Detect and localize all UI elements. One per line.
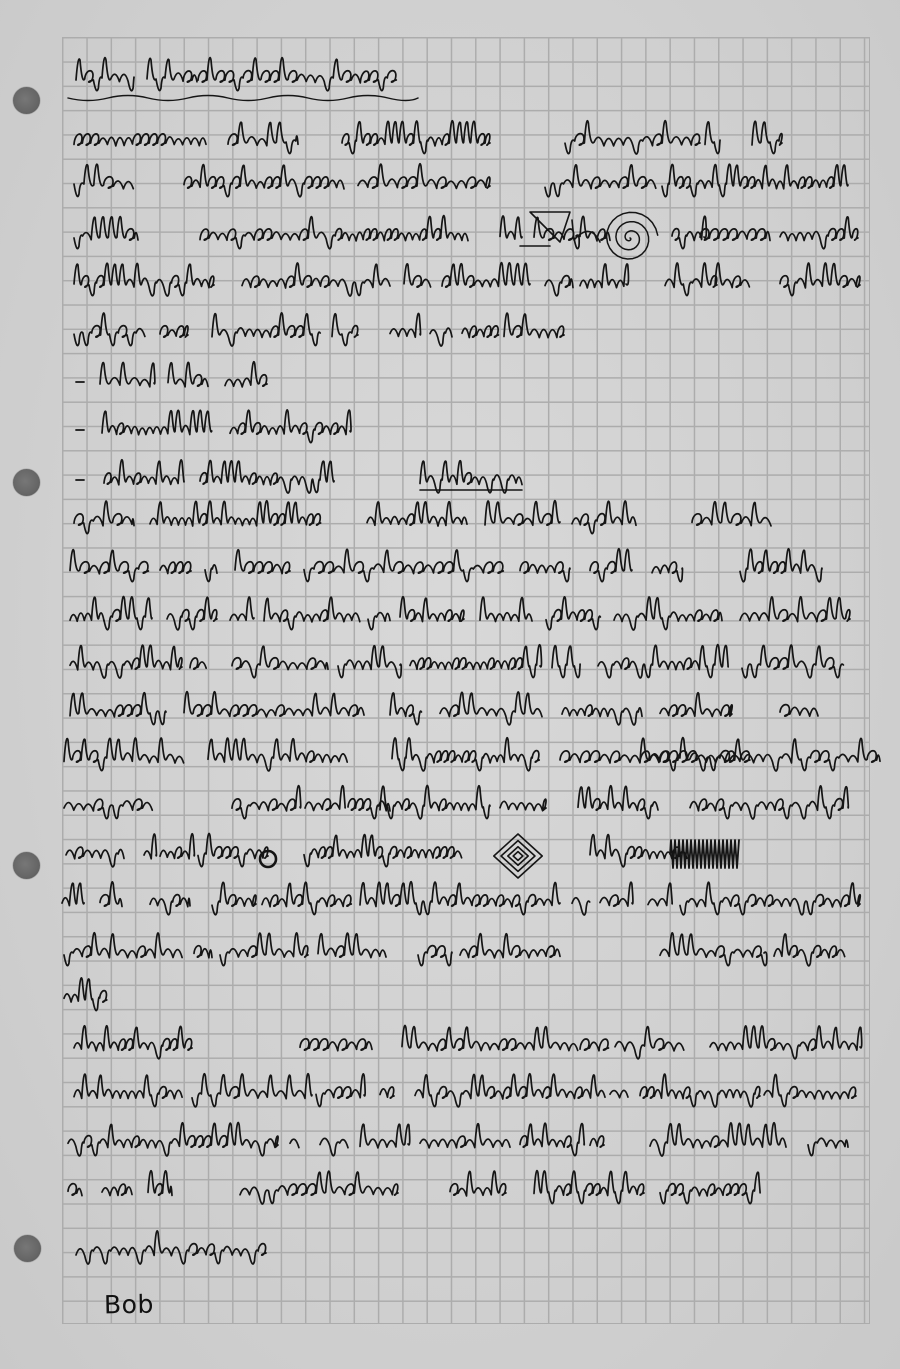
title-wavy-underline [68,96,418,101]
handwritten-word [225,362,267,387]
handwritten-word [62,883,84,905]
handwritten-word [390,693,422,725]
handwritten-word [600,882,633,906]
handwritten-line [64,933,845,966]
handwritten-word [392,738,539,771]
list-item [76,460,522,493]
handwritten-word [500,799,546,811]
handwritten-word [367,502,467,526]
handwritten-word [74,1026,192,1059]
handwritten-word [690,786,848,819]
nested-diamond-doodle-icon [508,847,528,865]
handwritten-word [578,786,658,819]
handwritten-word [420,1124,510,1148]
handwritten-line [70,645,843,678]
handwritten-word [640,738,880,771]
handwritten-word [415,1074,605,1107]
handwritten-word [230,410,351,443]
nested-diamond-doodle-icon [513,852,523,861]
handwritten-line [74,164,848,197]
handwritten-word [662,164,848,196]
handwritten-line [70,692,818,725]
handwritten-word [342,121,490,154]
handwritten-word [402,1026,578,1051]
handwritten-word [232,646,328,678]
handwritten-word [360,1124,410,1148]
handwritten-word [504,313,564,338]
spiral-doodle-icon [607,212,658,259]
handwritten-word [410,645,541,678]
handwritten-word [740,549,822,582]
handwritten-word [147,58,197,90]
handwritten-word [460,934,560,958]
handwritten-word [700,229,770,241]
handwritten-word [380,1087,394,1098]
handwritten-word [104,597,152,630]
handwritten-word [692,502,771,526]
handwritten-word [168,362,208,386]
handwritten-word [74,501,134,534]
handwritten-word [212,882,256,914]
closing-salutation [76,1231,266,1264]
handwritten-word [752,121,782,153]
handwritten-word [348,799,390,819]
handwritten-word [615,1027,684,1059]
handwritten-word [220,933,308,966]
handwritten-line [74,121,782,154]
list-item [76,362,267,387]
handwritten-word [320,1138,348,1155]
handwritten-word [500,216,522,239]
handwritten-word [462,326,499,338]
handwritten-word [648,883,672,906]
handwritten-word [304,835,462,867]
handwritten-word [360,882,560,915]
handwritten-word [665,263,717,296]
handwritten-word [580,264,628,288]
handwritten-word [430,328,452,346]
handwritten-word [650,1123,786,1156]
handwritten-word [230,597,254,620]
handwritten-word [76,1231,266,1264]
handwritten-word [418,946,452,966]
dense-scribble-doodle-icon [670,840,739,868]
handwritten-word [70,550,148,582]
handwritten-word [710,1026,862,1059]
handwritten-word [74,164,133,196]
handwritten-line [68,1122,848,1156]
handwritten-word [102,1184,132,1195]
handwritten-word [66,847,124,867]
handwritten-word [70,597,104,621]
handwritten-word [200,217,342,249]
paragraph-3 [68,1026,862,1204]
handwritten-word [774,934,845,966]
triangle-doodle-icon [520,212,600,246]
handwritten-word [740,597,850,622]
handwritten-word [590,549,632,582]
handwritten-word [104,460,184,485]
handwritten-word [660,693,732,717]
handwritten-word [305,786,345,811]
handwritten-word [380,785,490,818]
handwritten-word [70,693,166,725]
handwritten-line [74,313,564,346]
handwriting-ink-layer [0,0,900,1369]
handwritten-word [74,217,138,249]
handwritten-line [70,597,850,631]
handwritten-word [198,833,268,866]
handwritten-word [705,122,720,154]
handwritten-word [150,501,321,526]
handwritten-word [64,933,182,966]
letter-title [68,58,418,101]
bullet-list [76,362,522,493]
handwritten-word [450,1171,506,1196]
handwritten-word [780,263,860,296]
handwritten-word [640,1074,760,1107]
handwritten-word [485,501,560,526]
handwritten-word [715,263,749,288]
handwritten-word [520,1123,584,1155]
handwritten-word [228,122,298,153]
handwritten-word [332,314,358,346]
handwritten-word [680,882,860,915]
handwritten-word [235,550,290,574]
handwritten-line [74,263,860,296]
handwritten-word [70,645,182,678]
handwritten-word [520,562,570,582]
handwritten-word [742,645,843,678]
signature-name: Bob [104,1290,154,1320]
handwritten-word [240,1171,398,1204]
handwritten-word [200,461,334,494]
handwritten-word [74,1074,182,1106]
handwritten-word [262,882,351,914]
handwritten-word [442,263,530,287]
handwritten-word [316,1074,365,1107]
handwritten-word [652,562,683,582]
handwritten-word [64,799,152,819]
handwritten-word [534,1171,644,1204]
handwritten-word [68,1184,82,1196]
paragraph-1 [74,121,860,346]
handwritten-word [400,597,464,622]
handwritten-word [562,705,642,725]
handwritten-word [144,834,156,859]
handwritten-word [390,313,421,337]
handwritten-word [764,1074,856,1106]
handwritten-word [598,645,728,678]
title-line [76,58,396,91]
handwritten-word [318,933,386,958]
handwritten-word [552,646,580,678]
handwritten-word [100,882,122,907]
handwritten-word [565,121,700,154]
handwritten-word [74,134,206,146]
handwritten-word [404,264,431,287]
handwritten-word [546,597,600,630]
list-item [76,410,351,443]
handwritten-word [64,738,184,771]
handwritten-word [102,410,212,434]
handwritten-word [74,263,214,296]
handwritten-word [205,565,217,582]
handwritten-word [184,692,364,717]
closing-line [76,1231,266,1264]
handwritten-word [212,313,320,346]
handwritten-word [572,501,636,534]
handwritten-word [358,164,490,189]
handwritten-line [64,785,848,819]
handwritten-word [64,978,107,1011]
handwritten-line [74,216,858,249]
paragraph-2 [62,501,880,1011]
handwritten-word [545,276,573,296]
handwritten-word [198,58,396,91]
handwritten-word [300,1039,372,1051]
handwritten-word [232,786,301,819]
handwritten-word [304,549,503,581]
handwritten-line [74,501,771,534]
handwritten-line [66,833,687,866]
handwritten-word [590,1136,604,1147]
handwritten-word [76,58,134,91]
handwritten-word [192,1074,312,1107]
doodles [260,212,739,878]
handwritten-word [167,597,217,630]
handwritten-word [242,263,390,296]
handwritten-word [160,562,191,574]
handwritten-line [68,1171,760,1204]
handwritten-word [580,1039,609,1051]
handwritten-word [290,1139,299,1147]
handwritten-word [420,461,522,493]
handwritten-word [160,326,188,337]
handwritten-word [342,216,468,241]
handwritten-word [194,946,212,958]
handwritten-word [338,646,401,678]
handwritten-line [70,549,822,582]
handwritten-line [74,1026,862,1059]
handwritten-word [560,738,750,771]
handwritten-word [545,165,656,197]
handwritten-word [572,898,590,915]
handwritten-word [160,834,194,859]
handwritten-word [68,1122,278,1155]
handwritten-word [148,1171,172,1196]
handwritten-word [780,705,818,717]
handwritten-word [780,217,858,249]
handwritten-line [64,978,107,1011]
handwritten-word [190,658,206,669]
handwritten-word [208,738,347,771]
handwritten-word [610,1090,628,1097]
handwritten-word [614,597,722,630]
handwritten-word [660,1172,760,1203]
handwritten-word [264,597,360,630]
handwritten-word [808,1138,848,1155]
handwritten-word [368,613,390,630]
handwritten-word [100,362,155,386]
handwritten-line [62,882,860,915]
handwritten-word [480,597,532,621]
handwritten-word [150,895,190,915]
handwritten-word [580,216,610,241]
handwritten-word [440,692,542,725]
handwritten-word [184,165,344,197]
handwritten-line [64,738,880,771]
handwritten-word [74,313,145,346]
handwritten-line [74,1074,856,1107]
handwritten-word [660,933,767,966]
